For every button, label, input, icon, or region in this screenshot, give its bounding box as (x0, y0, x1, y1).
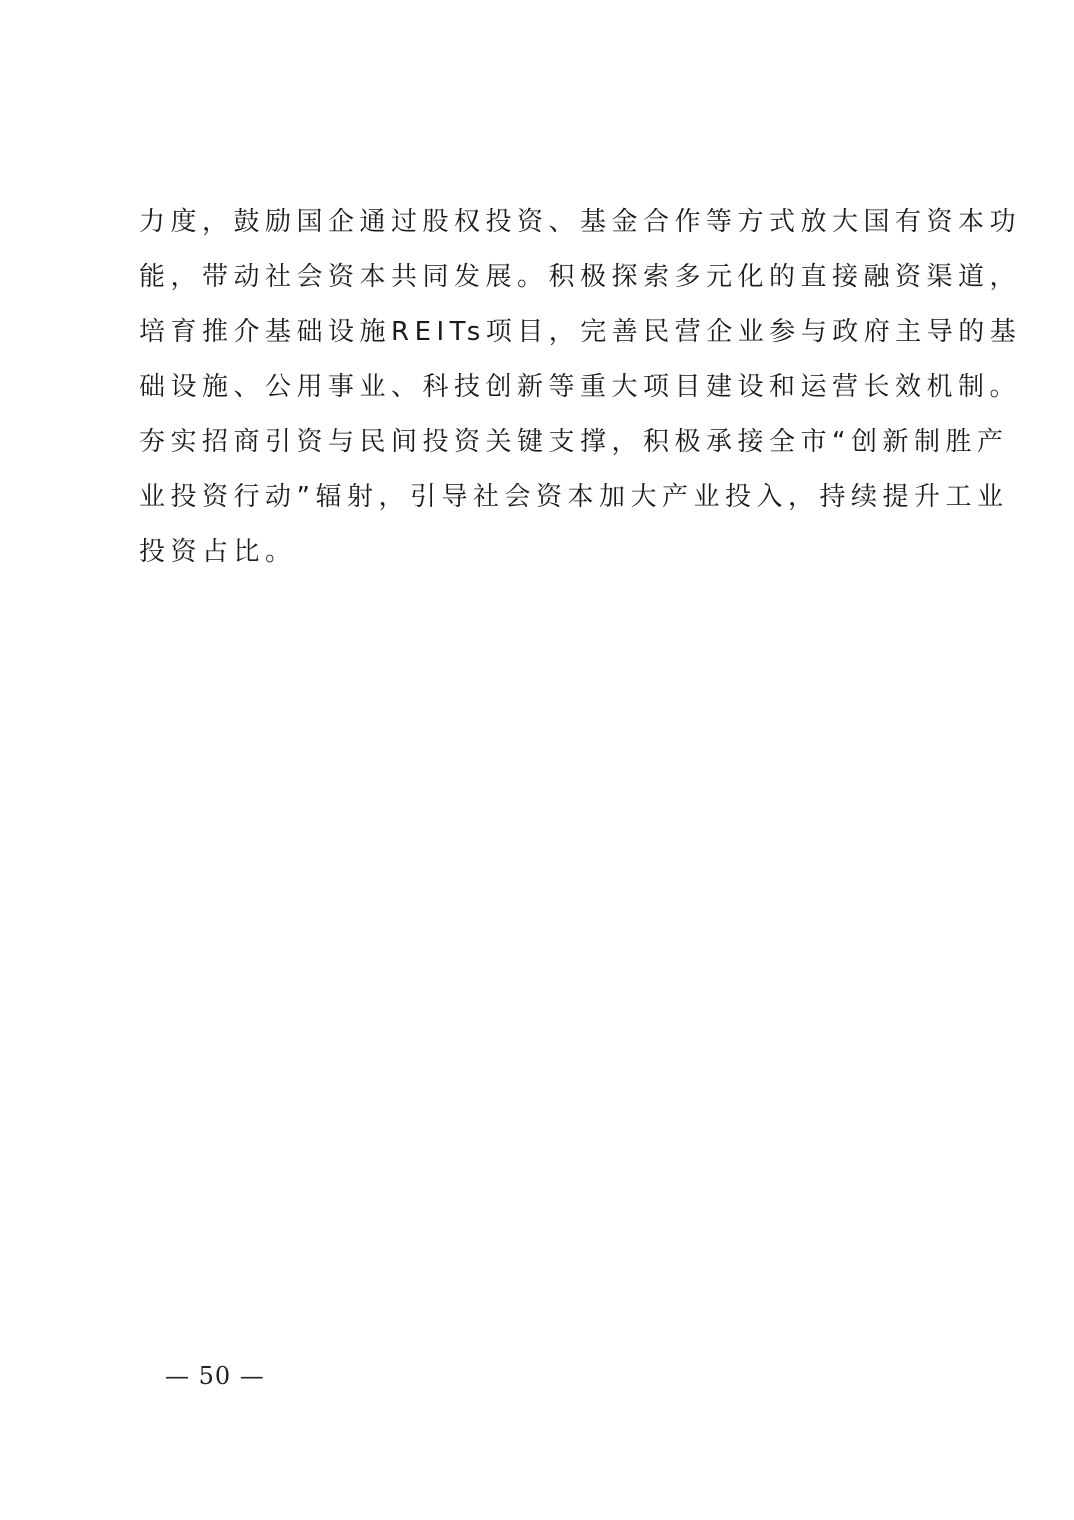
paragraph-line: 力度，鼓励国企通过股权投资、基金合作等方式放大国有资本功 (139, 200, 939, 255)
body-paragraph: 力度，鼓励国企通过股权投资、基金合作等方式放大国有资本功 能，带动社会资本共同发… (139, 200, 939, 585)
paragraph-line: 夯实招商引资与民间投资关键支撑，积极承接全市“创新制胜产 (139, 420, 939, 475)
document-page: 力度，鼓励国企通过股权投资、基金合作等方式放大国有资本功 能，带动社会资本共同发… (0, 0, 1074, 1520)
paragraph-line: 培育推介基础设施REITs项目，完善民营企业参与政府主导的基 (139, 310, 939, 365)
paragraph-line: 能，带动社会资本共同发展。积极探索多元化的直接融资渠道， (139, 255, 939, 310)
paragraph-line: 础设施、公用事业、科技创新等重大项目建设和运营长效机制。 (139, 365, 939, 420)
page-number: — 50 — (165, 1362, 265, 1390)
paragraph-line: 投资占比。 (139, 530, 939, 585)
paragraph-line: 业投资行动”辐射，引导社会资本加大产业投入，持续提升工业 (139, 475, 939, 530)
